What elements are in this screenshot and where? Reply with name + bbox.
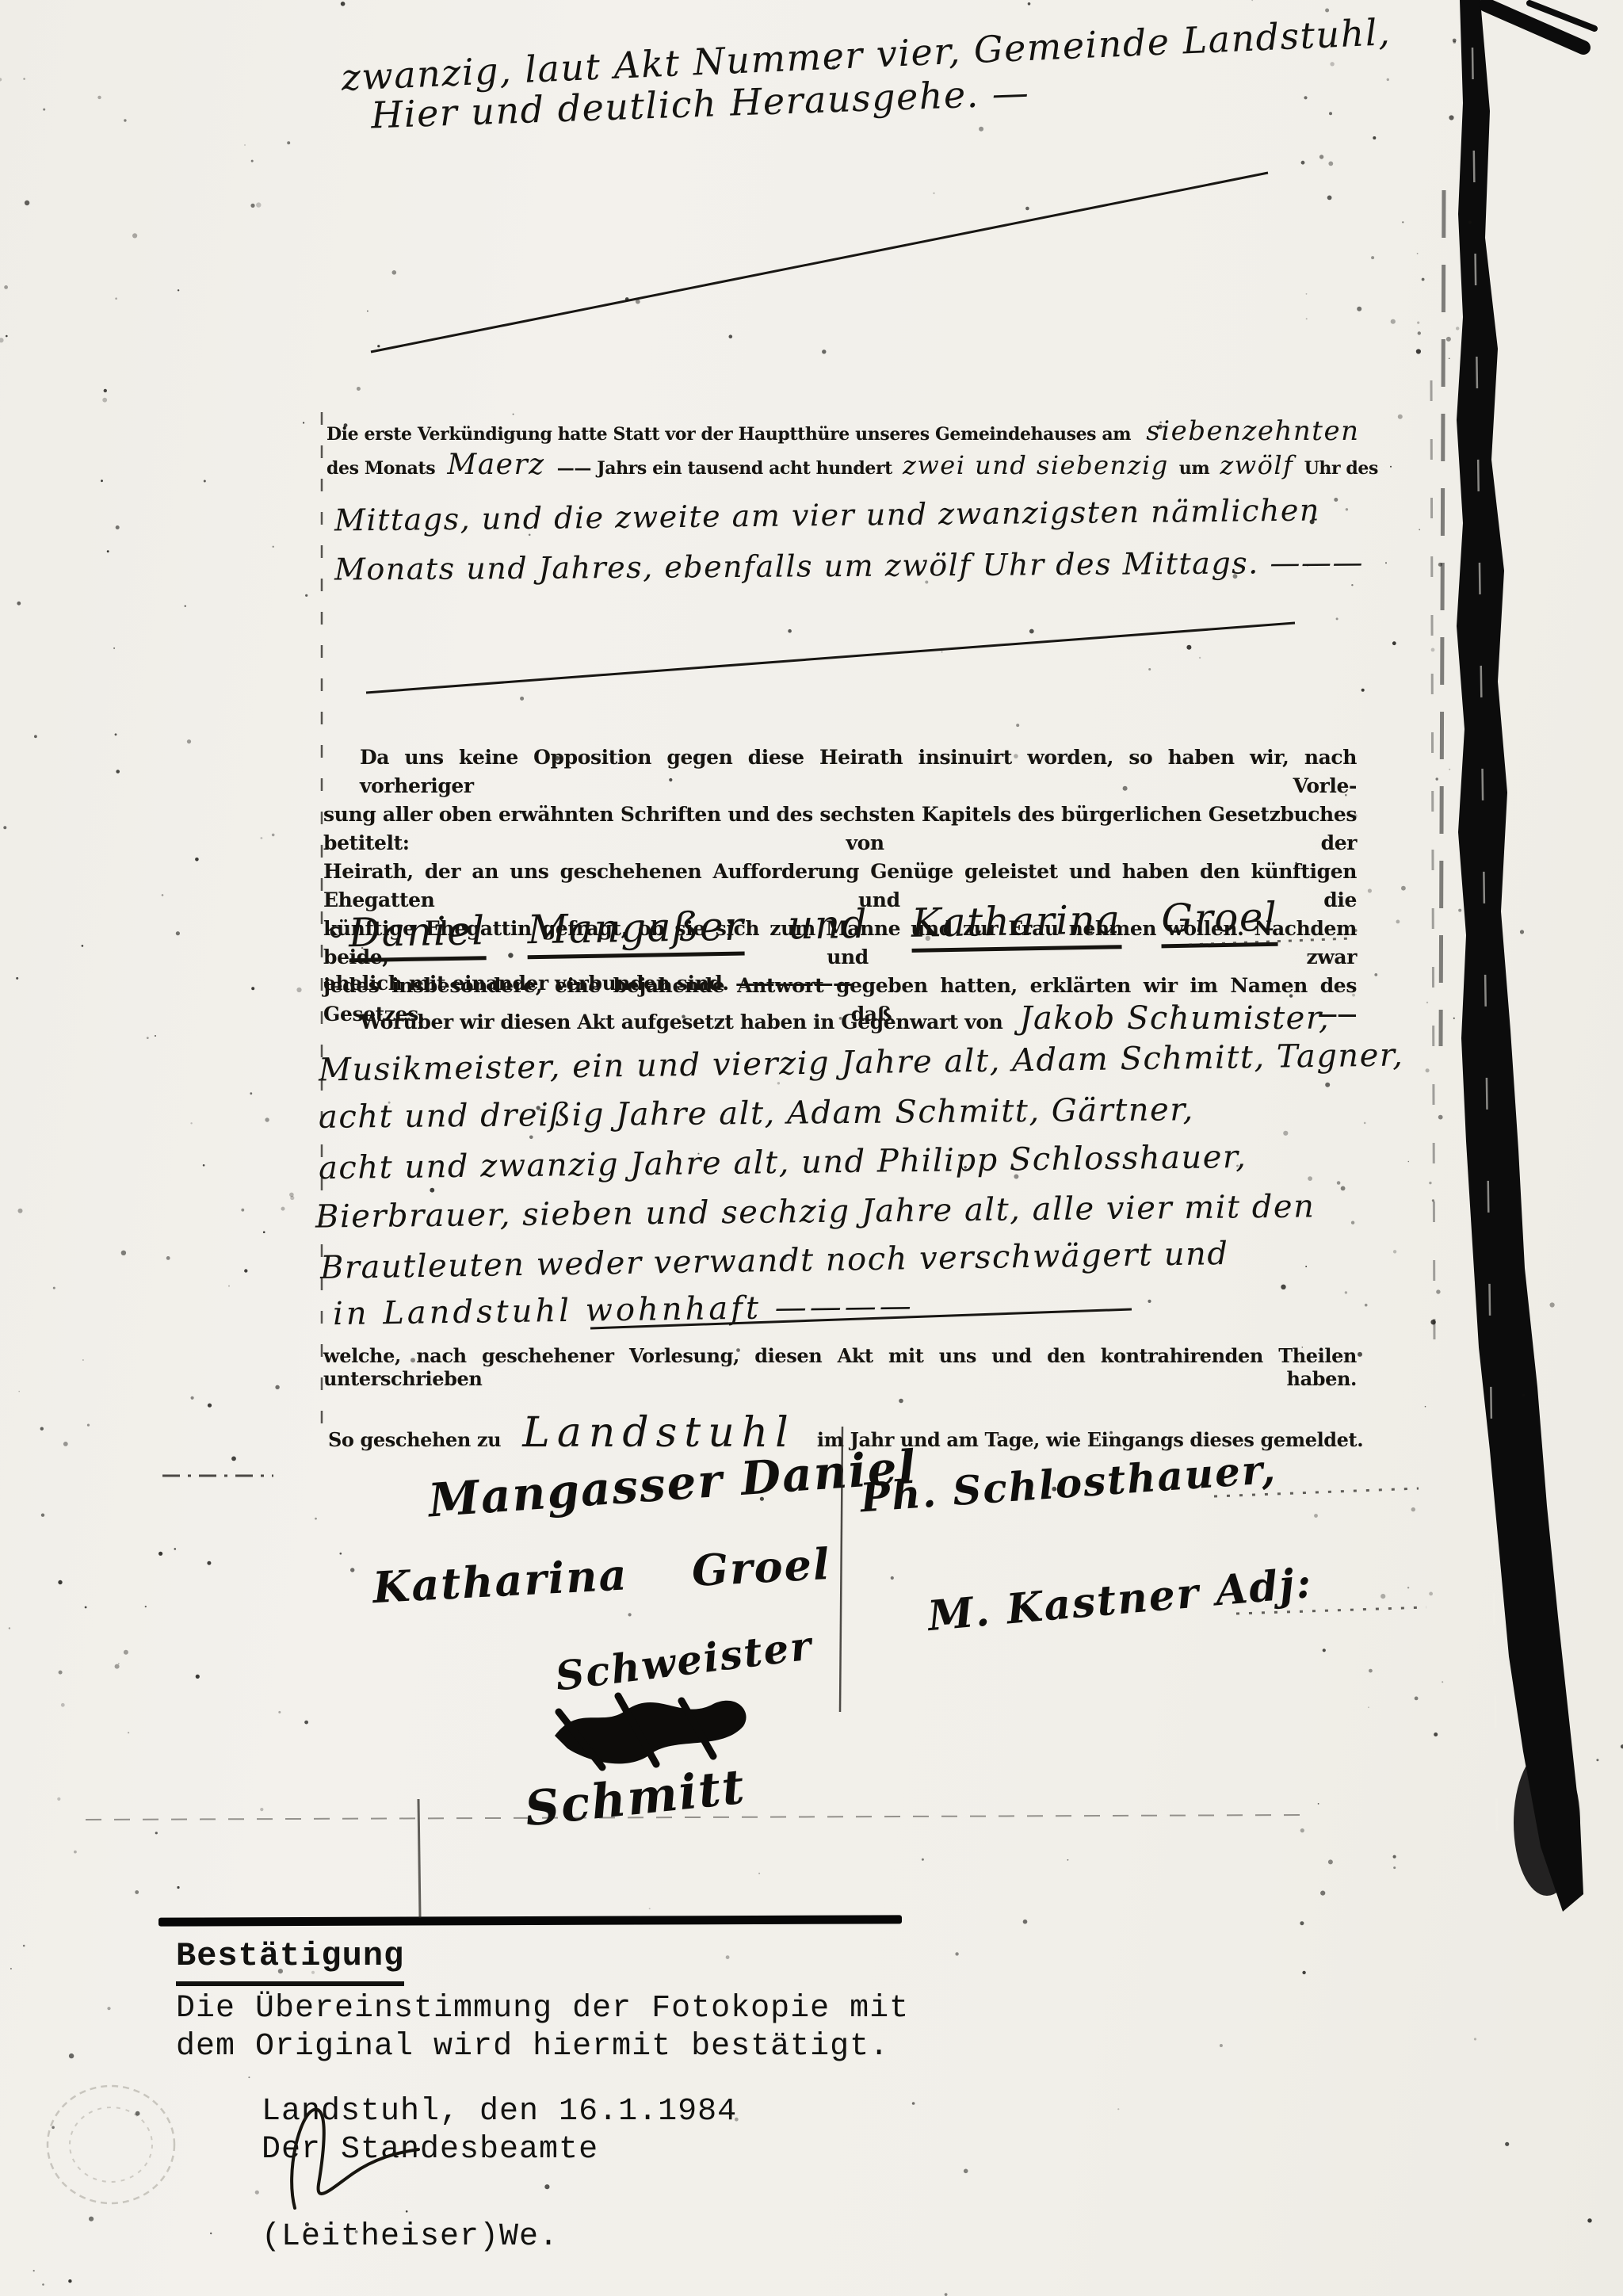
- witness-line-3: acht und zwanzig Jahre alt, und Philipp …: [319, 1139, 1247, 1186]
- strike-line-upper: [371, 173, 1268, 352]
- bride-surname: Groel: [1161, 894, 1278, 949]
- certification-body-line-2: dem Original wird hiermit bestätigt.: [176, 2029, 889, 2065]
- certification-title: Bestätigung: [176, 1937, 404, 1986]
- witness-line-2: acht und dreißig Jahre alt, Adam Schmitt…: [319, 1091, 1194, 1136]
- witness-line-1: Musikmeister, ein und vierzig Jahre alt,…: [319, 1037, 1404, 1088]
- proclamation-line-2: des Monats Maerz —— Jahrs ein tausend ac…: [327, 449, 1378, 481]
- signature-adjunct-kastner: M. Kastner Adj:: [926, 1559, 1315, 1641]
- proclamation-year-handwritten: zwei und siebenzig: [903, 450, 1169, 480]
- signature-witness-schweister: Schweister: [553, 1622, 815, 1699]
- act-paragraph-line-2: sung aller oben erwähnten Schriften und …: [323, 800, 1357, 858]
- groom-first-name: Daniel: [349, 907, 487, 962]
- witness-line-5: Brautleuten weder verwandt noch verschwä…: [320, 1236, 1229, 1286]
- proclamation-line-3-handwritten: Mittags, und die zweite am vier und zwan…: [334, 492, 1320, 537]
- corner-mark-2: [1529, 3, 1594, 29]
- gutter-side-streak-1: [1441, 190, 1444, 1046]
- strike-line-middle: [366, 623, 1295, 693]
- proclamation-line-2-printed-c: um: [1179, 458, 1209, 479]
- act-paragraph-line-1: Da uns keine Opposition gegen diese Heir…: [323, 743, 1357, 800]
- faint-stamp: [48, 2086, 174, 2203]
- witness-intro-line: Worüber wir diesen Akt aufgesetzt haben …: [323, 1000, 1330, 1037]
- place-line-printed-a: So geschehen zu: [328, 1428, 501, 1451]
- proclamation-line-4-handwritten: Monats und Jahres, ebenfalls um zwölf Uh…: [334, 544, 1364, 586]
- proclamation-month-handwritten: Maerz: [447, 449, 544, 481]
- proclamation-line-1-printed: Die erste Verkündigung hatte Statt vor d…: [327, 424, 1131, 445]
- gutter-side-streak-2: [1431, 380, 1434, 1347]
- bride-first-name: Katharina: [911, 896, 1121, 953]
- certification-official-title: Der Standesbeamte: [262, 2132, 598, 2168]
- witness-1-name-handwritten: Jakob Schumister,: [1019, 1000, 1330, 1037]
- place-handwritten: Landstuhl: [522, 1409, 796, 1457]
- signature-witness-schlosthauer: Ph. Schlosthauer,: [859, 1446, 1278, 1522]
- union-line: ehelich mit einander verbunden sind. ———…: [323, 972, 853, 995]
- closing-line: welche, nach geschehener Vorlesung, dies…: [323, 1344, 1357, 1390]
- proclamation-line-2-printed-a: des Monats: [327, 458, 435, 479]
- blotted-signature: [555, 1696, 747, 1767]
- corner-mark-1: [1486, 5, 1583, 48]
- gutter-blob-lower: [1514, 1750, 1580, 1896]
- scanned-marriage-record-page: zwanzig, laut Akt Nummer vier, Gemeinde …: [0, 0, 1623, 2296]
- certification-place-date: Landstuhl, den 16.1.1984: [262, 2094, 737, 2130]
- certification-signee-name: (Leitheiser)We.: [262, 2219, 559, 2255]
- couple-conjunction: und: [788, 901, 869, 949]
- separator-bar: [158, 1915, 902, 1926]
- groom-surname: Mangaßer: [527, 904, 745, 960]
- signature-witness-schmitt: Schmitt: [522, 1759, 748, 1838]
- proclamation-line-1: Die erste Verkündigung hatte Statt vor d…: [327, 415, 1360, 447]
- proclamation-hour-handwritten: zwölf: [1220, 450, 1293, 480]
- signature-bride: Katharina Groel: [372, 1538, 832, 1613]
- witness-line-6: in Landstuhl wohnhaft ————: [333, 1288, 915, 1332]
- witness-line-4: Bierbrauer, sieben und sechzig Jahre alt…: [315, 1188, 1316, 1235]
- witness-intro-printed: Worüber wir diesen Akt aufgesetzt haben …: [323, 1010, 1002, 1033]
- proclamation-day-handwritten: siebenzehnten: [1146, 415, 1359, 447]
- proclamation-line-2-printed-d: Uhr des: [1304, 458, 1378, 479]
- gutter-band: [1457, 0, 1583, 1912]
- left-margin-rule-lower: [418, 1799, 420, 1918]
- proclamation-line-2-printed-b: —— Jahrs ein tausend acht hundert: [557, 458, 892, 479]
- certification-body-line-1: Die Übereinstimmung der Fotokopie mit: [176, 1991, 909, 2027]
- gutter-band-streak-1: [1472, 48, 1498, 1886]
